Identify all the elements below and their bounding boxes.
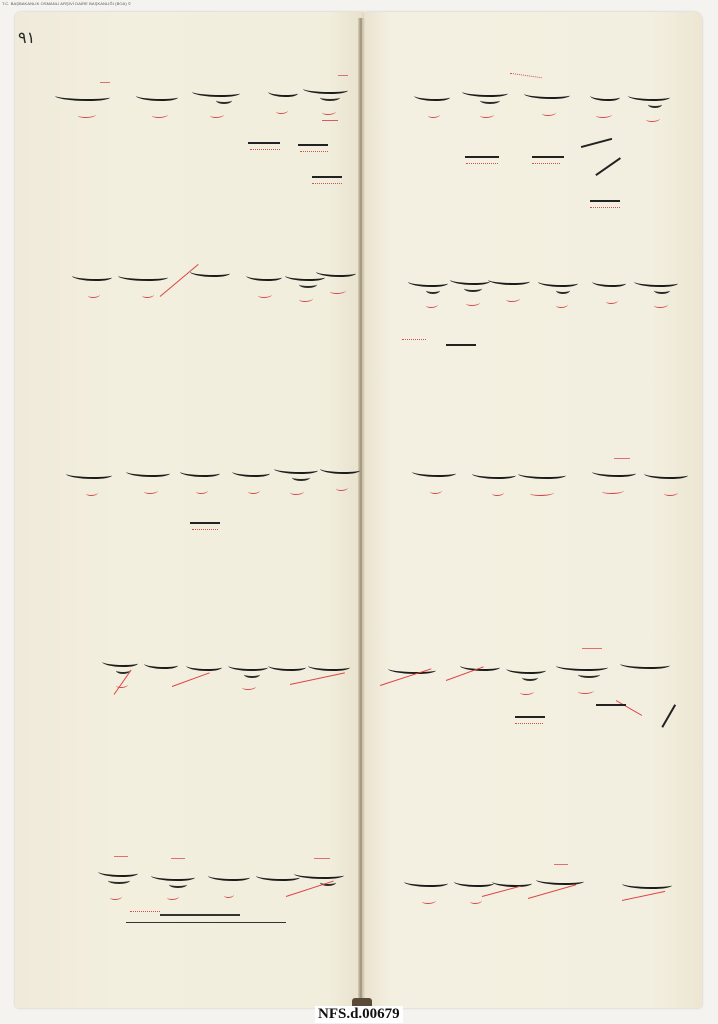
ledger-entry [296, 268, 356, 328]
ledger-entry [52, 470, 112, 530]
ledger-note-red [250, 146, 280, 150]
ledger-note-red [515, 720, 543, 724]
archive-header: T.C. BAŞBAKANLIK OSMANLI ARŞİVİ DAİRE BA… [2, 1, 131, 6]
ledger-note [596, 700, 626, 706]
ledger-note-red [312, 180, 342, 184]
ledger-entry [300, 465, 360, 525]
ledger-entry [390, 92, 450, 152]
ledger-entry [284, 870, 344, 930]
ledger-note [446, 340, 476, 346]
ledger-entry [52, 272, 112, 332]
ledger-entry [448, 88, 508, 148]
ledger-entry [610, 660, 670, 720]
ledger-entry [290, 662, 350, 722]
ledger-entry [628, 470, 688, 530]
catalog-label: NFS.d.00679 [315, 1006, 403, 1023]
ledger-entry [376, 665, 436, 725]
page-number: ٩١ [18, 28, 35, 47]
ledger-entry [610, 92, 670, 152]
ledger-note [515, 712, 545, 718]
spine-foot [352, 998, 372, 1006]
ledger-entry [612, 880, 672, 940]
ledger-entry [78, 868, 138, 928]
summary-note-red [130, 908, 160, 912]
summary-rule [126, 922, 286, 923]
ledger-entry [506, 470, 566, 530]
ledger-note [190, 518, 220, 524]
ledger-note [465, 152, 499, 158]
ledger-entry [135, 872, 195, 932]
ledger-note [312, 172, 342, 178]
ledger-note [298, 140, 328, 146]
ledger-entry [566, 278, 626, 338]
ledger-entry [396, 468, 456, 528]
ledger-entry [524, 876, 584, 936]
ledger-note-red [300, 148, 328, 152]
ledger-note-red [590, 204, 620, 208]
ledger-entry [170, 268, 230, 328]
ledger-note [590, 196, 620, 202]
ledger-entry [50, 92, 110, 152]
summary-note [160, 910, 240, 916]
ledger-entry [618, 278, 678, 338]
ledger-entry [288, 85, 348, 145]
ledger-note-red [402, 336, 426, 340]
ledger-entry [548, 662, 608, 722]
ledger-entry [108, 272, 168, 332]
ledger-note-red [192, 526, 218, 530]
ledger-note-red [532, 160, 560, 164]
ledger-note [532, 152, 564, 158]
ledger-entry [472, 878, 532, 938]
ledger-note [248, 138, 280, 144]
ledger-entry [118, 92, 178, 152]
ledger-entry [180, 88, 240, 148]
ledger-note-red [466, 160, 498, 164]
ledger-entry [576, 468, 636, 528]
